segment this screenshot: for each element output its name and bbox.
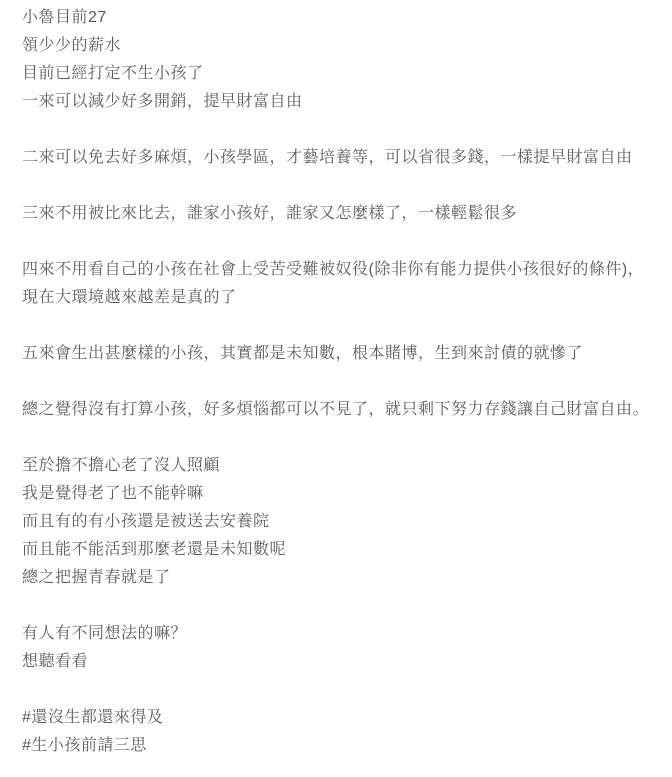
post-hashtag: #還沒生都還來得及 (22, 704, 662, 732)
post-line: 一來可以減少好多開銷，提早財富自由 (22, 88, 662, 116)
post-line: 有人有不同想法的嘛？ (22, 620, 662, 648)
post-line: 而且能不能活到那麼老還是未知數呢 (22, 536, 662, 564)
post-hashtag: #生小孩前請三思 (22, 732, 662, 760)
post-line-blank (22, 116, 662, 144)
post-line: 而且有的有小孩還是被送去安養院 (22, 508, 662, 536)
post-line: 領少少的薪水 (22, 32, 662, 60)
post-line: 現在大環境越來越差是真的了 (22, 284, 662, 312)
post-line: 四來不用看自己的小孩在社會上受苦受難被奴役(除非你有能力提供小孩很好的條件)， (22, 256, 662, 284)
post-line: 目前已經打定不生小孩了 (22, 60, 662, 88)
post-line-blank (22, 228, 662, 256)
post-line: 三來不用被比來比去，誰家小孩好，誰家又怎麼樣了，一樣輕鬆很多 (22, 200, 662, 228)
post-line-blank (22, 676, 662, 704)
post-line-blank (22, 312, 662, 340)
post-line: 五來會生出甚麼樣的小孩，其實都是未知數，根本賭博，生到來討債的就慘了 (22, 340, 662, 368)
post-line: 我是覺得老了也不能幹嘛 (22, 480, 662, 508)
page: { "colors": { "background": "#ffffff", "… (0, 0, 672, 777)
post-body: 小魯目前27 領少少的薪水 目前已經打定不生小孩了 一來可以減少好多開銷，提早財… (0, 0, 672, 760)
post-line-blank (22, 368, 662, 396)
post-line-blank (22, 172, 662, 200)
post-line: 總之覺得沒有打算小孩，好多煩惱都可以不見了，就只剩下努力存錢讓自己財富自由。 (22, 396, 662, 424)
post-line: 總之把握青春就是了 (22, 564, 662, 592)
post-line-blank (22, 424, 662, 452)
post-line: 二來可以免去好多麻煩，小孩學區，才藝培養等，可以省很多錢，一樣提早財富自由 (22, 144, 662, 172)
post-line: 至於擔不擔心老了沒人照顧 (22, 452, 662, 480)
post-line: 想聽看看 (22, 648, 662, 676)
post-line: 小魯目前27 (22, 4, 662, 32)
post-line-blank (22, 592, 662, 620)
